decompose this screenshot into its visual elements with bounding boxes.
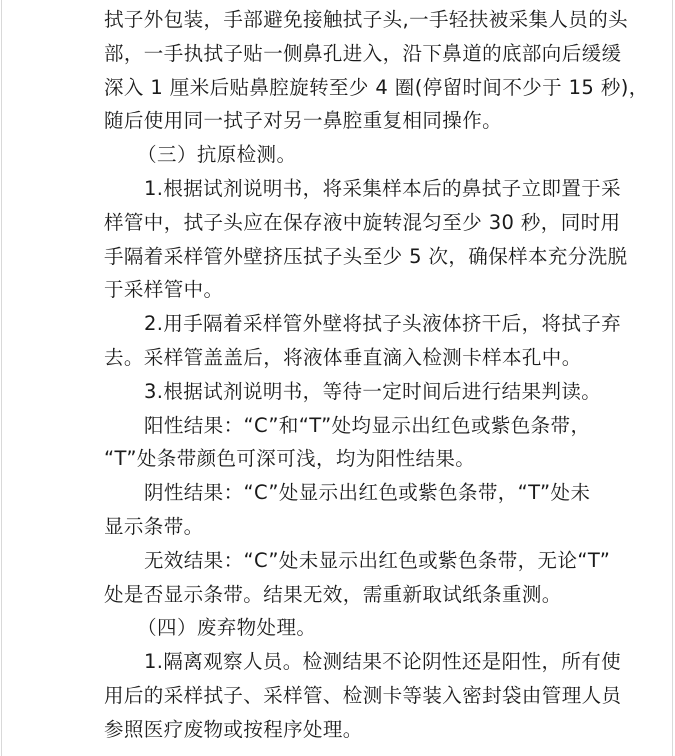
heading-text: （三）抗原检测。 <box>104 138 575 172</box>
text-line: 拭子外包装，手部避免接触拭子头,一手轻扶被采集人员的头 <box>104 3 575 37</box>
paragraph-step-2: 2.用手隔着采样管外壁将拭子头液体挤干后，将拭子弃 去。采样管盖盖后，将液体垂直… <box>104 307 575 375</box>
paragraph-step-3: 3.根据试剂说明书，等待一定时间后进行结果判读。 <box>104 375 575 409</box>
paragraph-step-1: 1.根据试剂说明书，将采集样本后的鼻拭子立即置于采 样管中，拭子头应在保存液中旋… <box>104 172 575 307</box>
text-line: 阳性结果：“C”和“T”处均显示出红色或紫色条带， <box>104 409 575 443</box>
text-line: 无效结果：“C”处未显示出红色或紫色条带，无论“T” <box>104 544 575 578</box>
paragraph-negative-result: 阴性结果：“C”处显示出红色或紫色条带，“T”处未 显示条带。 <box>104 476 575 544</box>
document-page: 拭子外包装，手部避免接触拭子头,一手轻扶被采集人员的头 部，一手执拭子贴一侧鼻孔… <box>1 0 673 756</box>
text-line: 阴性结果：“C”处显示出红色或紫色条带，“T”处未 <box>104 476 575 510</box>
text-line: 样管中，拭子头应在保存液中旋转混匀至少 30 秒，同时用 <box>104 206 575 240</box>
text-line: “T”处条带颜色可深可浅，均为阳性结果。 <box>104 442 575 476</box>
document-body: 拭子外包装，手部避免接触拭子头,一手轻扶被采集人员的头 部，一手执拭子贴一侧鼻孔… <box>104 3 575 747</box>
text-line: 深入 1 厘米后贴鼻腔旋转至少 4 圈(停留时间不少于 15 秒)， <box>104 71 575 105</box>
heading-text: （四）废弃物处理。 <box>104 611 575 645</box>
text-line: 2.用手隔着采样管外壁将拭子头液体挤干后，将拭子弃 <box>104 307 575 341</box>
text-line: 显示条带。 <box>104 510 575 544</box>
text-line: 3.根据试剂说明书，等待一定时间后进行结果判读。 <box>104 375 575 409</box>
text-line: 部，一手执拭子贴一侧鼻孔进入，沿下鼻道的底部向后缓缓 <box>104 37 575 71</box>
paragraph-invalid-result: 无效结果：“C”处未显示出红色或紫色条带，无论“T” 处是否显示条带。结果无效，… <box>104 544 575 612</box>
text-line: 处是否显示条带。结果无效，需重新取试纸条重测。 <box>104 578 575 612</box>
section-heading-antigen-test: （三）抗原检测。 <box>104 138 575 172</box>
text-line: 于采样管中。 <box>104 273 575 307</box>
text-line: 用后的采样拭子、采样管、检测卡等装入密封袋由管理人员 <box>104 679 575 713</box>
paragraph-swab-procedure: 拭子外包装，手部避免接触拭子头,一手轻扶被采集人员的头 部，一手执拭子贴一侧鼻孔… <box>104 3 575 138</box>
text-line: 手隔着采样管外壁挤压拭子头至少 5 次，确保样本充分洗脱 <box>104 240 575 274</box>
paragraph-waste-step-1: 1.隔离观察人员。检测结果不论阴性还是阳性，所有使 用后的采样拭子、采样管、检测… <box>104 645 575 746</box>
text-line: 随后使用同一拭子对另一鼻腔重复相同操作。 <box>104 104 575 138</box>
text-line: 参照医疗废物或按程序处理。 <box>104 713 575 747</box>
paragraph-positive-result: 阳性结果：“C”和“T”处均显示出红色或紫色条带， “T”处条带颜色可深可浅，均… <box>104 409 575 477</box>
text-line: 1.隔离观察人员。检测结果不论阴性还是阳性，所有使 <box>104 645 575 679</box>
text-line: 1.根据试剂说明书，将采集样本后的鼻拭子立即置于采 <box>104 172 575 206</box>
section-heading-waste-disposal: （四）废弃物处理。 <box>104 611 575 645</box>
text-line: 去。采样管盖盖后，将液体垂直滴入检测卡样本孔中。 <box>104 341 575 375</box>
